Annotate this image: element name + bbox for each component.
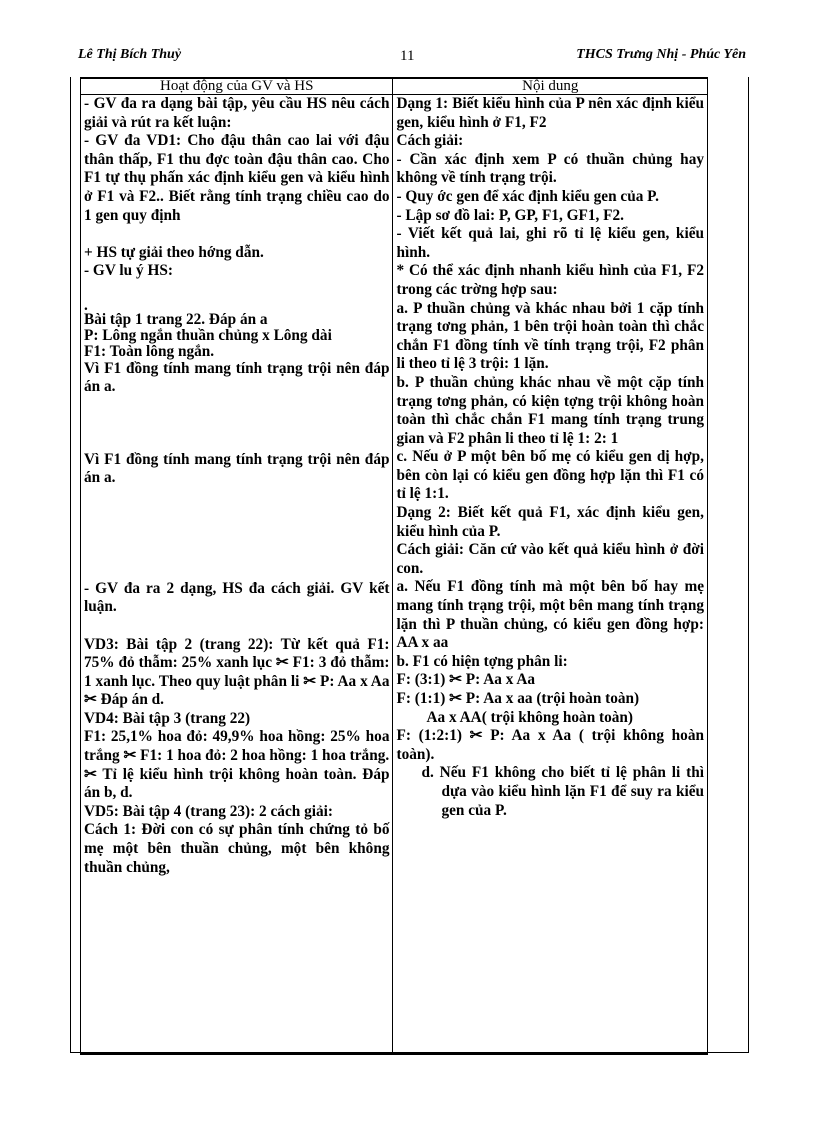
paragraph: Aa x AA( trội không hoàn toàn) [396,709,704,728]
paragraph: - Viết kết quả lai, ghi rõ tỉ lệ kiểu ge… [396,225,704,262]
header-activities: Hoạt động của GV và HS [81,78,393,95]
paragraph: VD5: Bài tập 4 (trang 23): 2 cách giải: [84,803,389,822]
paragraph: Vì F1 đồng tính mang tính trạng trội nên… [84,360,389,396]
header-content: Nội dung [393,78,708,95]
paragraph: Vì F1 đồng tính mang tính trạng trội nên… [84,451,389,488]
paragraph: P: Lông ngắn thuần chủng x Lông dài [84,328,389,344]
paragraph: + HS tự giải theo hớng dẫn. [84,244,389,263]
paragraph: F: (1:2:1) ✂ P: Aa x Aa ( trội không hoà… [396,727,704,764]
paragraph: F: (1:1) ✂ P: Aa x aa (trội hoàn toàn) [396,690,704,709]
paragraph: F1: Toàn lông ngắn. [84,344,389,360]
paragraph: b. F1 có hiện tợng phân li: [396,653,704,672]
paragraph: b. P thuần chủng khác nhau về một cặp tí… [396,374,704,448]
table-header-row: Hoạt động của GV và HS Nội dung [81,78,708,95]
content-cell: Dạng 1: Biết kiểu hình của P nên xác địn… [393,95,708,1055]
paragraph: VD3: Bài tập 2 (trang 22): Từ kết quả F1… [84,636,389,710]
header-author: Lê Thị Bích Thuỷ [78,47,181,63]
paragraph: - GV đa ra 2 dạng, HS đa cách giải. GV k… [84,580,389,617]
paragraph: Dạng 1: Biết kiểu hình của P nên xác địn… [396,95,704,132]
paragraph: . [84,300,389,312]
paragraph: VD4: Bài tập 3 (trang 22) [84,710,389,729]
paragraph: F1: 25,1% hoa đỏ: 49,9% hoa hồng: 25% ho… [84,728,389,765]
paragraph: Cách giải: Căn cứ vào kết quả kiểu hình … [396,541,704,578]
paragraph: - GV lu ý HS: [84,262,389,281]
activities-cell: - GV đa ra dạng bài tập, yêu cầu HS nêu … [81,95,393,1055]
paragraph: Cách 1: Đời con có sự phân tính chứng tỏ… [84,821,389,877]
paragraph: F: (3:1) ✂ P: Aa x Aa [396,671,704,690]
paragraph: a. Nếu F1 đồng tính mà một bên bố hay mẹ… [396,578,704,652]
paragraph: - Cần xác định xem P có thuần chủng hay … [396,151,704,188]
paragraph: c. Nếu ở P một bên bố mẹ có kiểu gen dị … [396,448,704,504]
paragraph: Dạng 2: Biết kết quả F1, xác định kiểu g… [396,504,704,541]
table-row: - GV đa ra dạng bài tập, yêu cầu HS nêu … [81,95,708,1055]
page-number: 11 [400,48,414,65]
paragraph: - Quy ớc gen để xác định kiểu gen của P. [396,188,704,207]
header-school: THCS Trưng Nhị - Phúc Yên [576,47,746,63]
lesson-table: Hoạt động của GV và HS Nội dung - GV đa … [80,77,708,1055]
paragraph: Cách giải: [396,132,704,151]
paragraph: - GV đa VD1: Cho đậu thân cao lai với đậ… [84,132,389,225]
paragraph: ✂ Tỉ lệ kiểu hình trội không hoàn toàn. … [84,766,389,803]
list-item-d: d. Nếu F1 không cho biết tỉ lệ phân li t… [396,764,704,820]
paragraph: * Có thể xác định nhanh kiểu hình của F1… [396,262,704,299]
paragraph: - Lập sơ đồ lai: P, GP, F1, GF1, F2. [396,207,704,226]
paragraph: - GV đa ra dạng bài tập, yêu cầu HS nêu … [84,95,389,132]
paragraph: a. P thuần chủng và khác nhau bởi 1 cặp … [396,300,704,374]
paragraph: Bài tập 1 trang 22. Đáp án a [84,312,389,328]
